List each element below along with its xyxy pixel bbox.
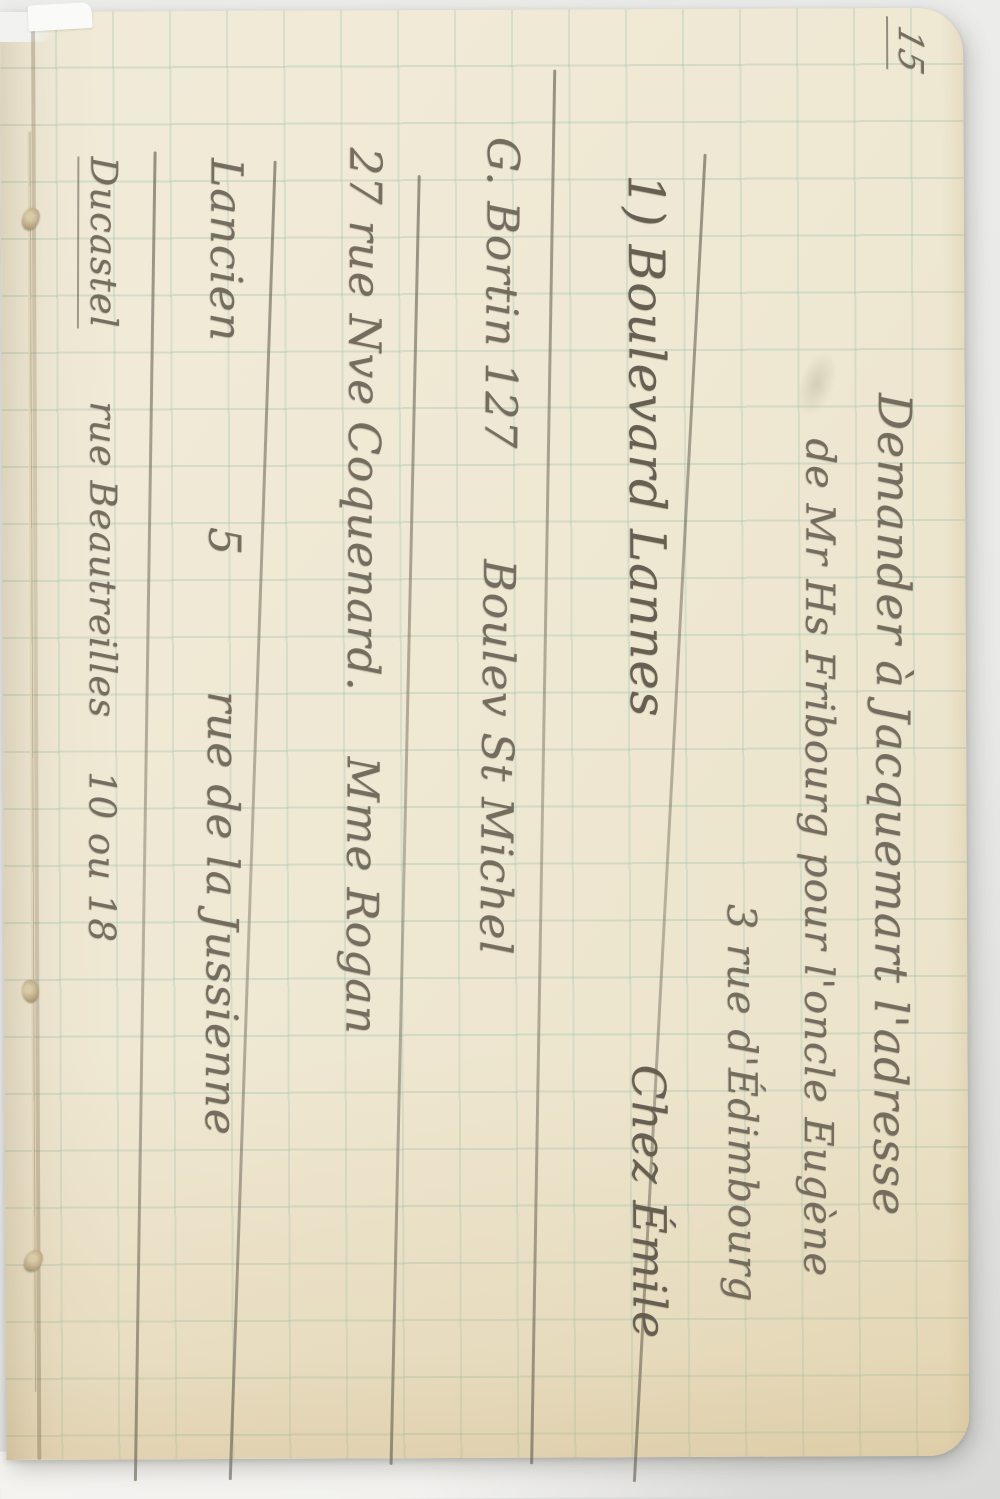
handwritten-line-entry-heading: 1) Boulevard Lannes Chez Émile	[617, 174, 680, 1339]
line-text-underlined: Ducastel	[77, 157, 125, 329]
line-text: 3 rue d'Édimbourg	[718, 904, 766, 1303]
handwritten-line: G. Bortin 127 Boulev St Michel	[469, 137, 528, 956]
handwritten-line: 3 rue d'Édimbourg	[718, 904, 766, 1303]
paper-tab	[27, 2, 92, 32]
line-text: Lancien	[200, 158, 252, 342]
notebook-page: 15 Demander à Jacquemart l'adresse de Mr…	[0, 8, 969, 1460]
handwritten-line: Ducastel rue Beautreilles 10 ou 18	[75, 157, 125, 943]
line-text: 1) Boulevard Lannes	[617, 174, 677, 718]
line-text: 27 rue Nve Coquenard.	[337, 147, 390, 691]
line-text: de Mr Hs Fribourg pour l'oncle Eugène	[795, 438, 843, 1277]
pencil-divider	[390, 175, 421, 1465]
pencil-divider	[134, 151, 157, 1481]
handwritten-line: 27 rue Nve Coquenard. Mme Rogan	[336, 147, 391, 1035]
rotated-handwriting-layer: 15 Demander à Jacquemart l'adresse de Mr…	[0, 23, 936, 1457]
line-text: 10 ou 18	[80, 771, 123, 943]
page-number-text: 15	[886, 16, 930, 83]
line-text: Boulev St Michel	[469, 559, 524, 956]
handwritten-line: Demander à Jacquemart l'adresse	[863, 393, 922, 1216]
line-text: Mme Rogan	[336, 757, 388, 1035]
line-text: G. Bortin 127	[474, 137, 528, 450]
line-text: Chez Émile	[622, 1064, 677, 1339]
line-text: 5	[198, 527, 249, 556]
line-text: rue Beautreilles	[81, 401, 125, 718]
handwritten-line: de Mr Hs Fribourg pour l'oncle Eugène	[795, 438, 843, 1277]
pencil-divider	[530, 70, 556, 1465]
page-number: 15	[886, 23, 930, 76]
handwritten-line: Lancien 5 rue de la Jussienne	[195, 158, 252, 1136]
line-text: rue de la Jussienne	[195, 691, 249, 1136]
line-text: Demander à Jacquemart l'adresse	[863, 393, 922, 1216]
